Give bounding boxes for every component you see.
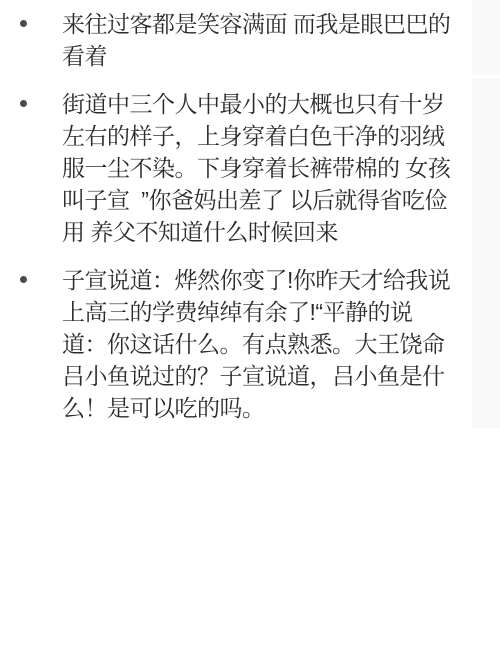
bullet-dot-icon	[20, 276, 27, 283]
text-line: 子宣说道：烨然你变了!你昨天才给我说	[62, 264, 500, 296]
text-line: 吕小鱼说过的？子宣说道，吕小鱼是什	[62, 360, 500, 392]
text-line: 左右的样子，上身穿着白色干净的羽绒	[62, 120, 500, 152]
bullet-column	[0, 264, 62, 283]
text-line: 道：你这话什么。有点熟悉。大王饶命	[62, 328, 500, 360]
list-item: 街道中三个人中最小的大概也只有十岁左右的样子，上身穿着白色干净的羽绒服一尘不染。…	[0, 88, 500, 248]
adjacent-panel-edge	[472, 0, 500, 428]
text-line: 来往过客都是笑容满面 而我是眼巴巴的	[62, 8, 500, 40]
text-line: 街道中三个人中最小的大概也只有十岁	[62, 88, 500, 120]
text-line: 上高三的学费绰绰有余了!“平静的说	[62, 296, 500, 328]
text-line: 叫子宣 ”你爸妈出差了 以后就得省吃俭	[62, 184, 500, 216]
paragraph: 来往过客都是笑容满面 而我是眼巴巴的看着	[62, 8, 500, 72]
page: 来往过客都是笑容满面 而我是眼巴巴的看着街道中三个人中最小的大概也只有十岁左右的…	[0, 0, 500, 666]
panel-separator	[472, 75, 500, 78]
list-item: 来往过客都是笑容满面 而我是眼巴巴的看着	[0, 8, 500, 72]
list-item: 子宣说道：烨然你变了!你昨天才给我说上高三的学费绰绰有余了!“平静的说道：你这话…	[0, 264, 500, 424]
bullet-column	[0, 88, 62, 107]
text-line: 么！是可以吃的吗。	[62, 392, 500, 424]
bullet-column	[0, 8, 62, 27]
text-line: 用 养父不知道什么时候回来	[62, 216, 500, 248]
paragraph: 街道中三个人中最小的大概也只有十岁左右的样子，上身穿着白色干净的羽绒服一尘不染。…	[62, 88, 500, 248]
bullet-list: 来往过客都是笑容满面 而我是眼巴巴的看着街道中三个人中最小的大概也只有十岁左右的…	[0, 0, 500, 424]
text-line: 看着	[62, 40, 500, 72]
paragraph: 子宣说道：烨然你变了!你昨天才给我说上高三的学费绰绰有余了!“平静的说道：你这话…	[62, 264, 500, 424]
bullet-dot-icon	[20, 100, 27, 107]
bullet-dot-icon	[20, 20, 27, 27]
text-line: 服一尘不染。下身穿着长裤带棉的 女孩	[62, 152, 500, 184]
